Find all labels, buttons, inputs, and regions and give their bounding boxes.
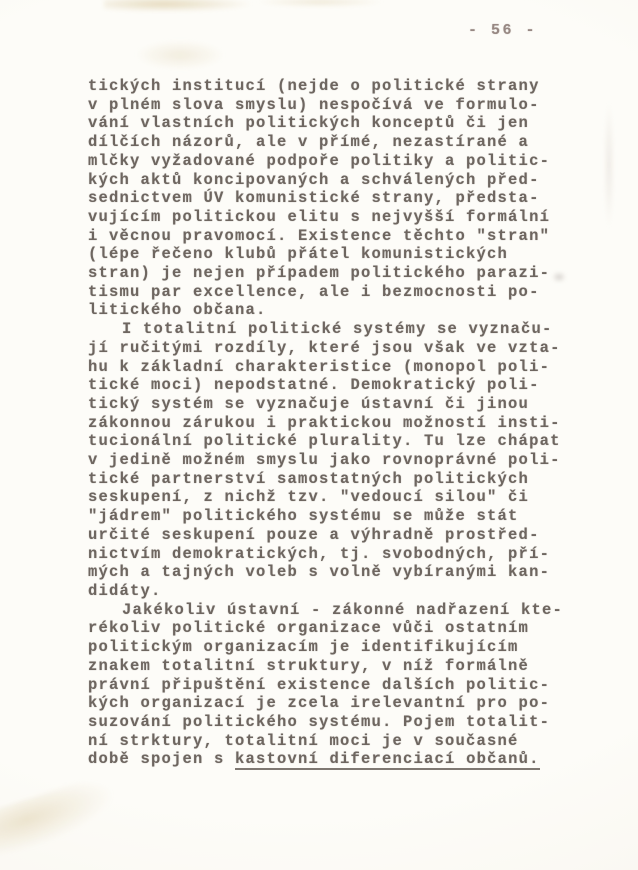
underlined-phrase: kastovní diferenciací občanů. (235, 750, 540, 770)
text-line: právní připuštění existence dalších poli… (88, 676, 608, 695)
text-line: době spojen s kastovní diferenciací obča… (88, 750, 608, 769)
text-line: jí ručitými rozdíly, které jsou však ve … (88, 339, 608, 358)
text-line: "jádrem" politického systému se může stá… (88, 507, 608, 526)
page-number: - 56 - (468, 22, 537, 39)
text-line: tický systém se vyznačuje ústavní či jin… (88, 395, 608, 414)
text-line: v jedině možném smyslu jako rovnoprávné … (88, 451, 608, 470)
text-line: didáty. (88, 582, 608, 601)
text-line: I totalitní politické systémy se vyznaču… (88, 320, 608, 339)
text-line: suzování politického systému. Pojem tota… (88, 713, 608, 732)
text-line: vání vlastních politických konceptů či j… (88, 114, 608, 133)
text-line: vujícím politickou elitu s nejvyšší form… (88, 208, 608, 227)
text-line: tucionální politické plurality. Tu lze c… (88, 432, 608, 451)
text-line: znakem totalitní struktury, v níž formál… (88, 657, 608, 676)
text-line: ní strktury, totalitní moci je v současn… (88, 732, 608, 751)
text-line: nictvím demokratických, tj. svobodných, … (88, 545, 608, 564)
text-line: tické moci) nepodstatné. Demokratický po… (88, 376, 608, 395)
text-line: mlčky vyžadované podpoře politiky a poli… (88, 152, 608, 171)
text-block: tických institucí (nejde o politické str… (88, 77, 608, 769)
text-line: litického občana. (88, 301, 608, 320)
paragraph-2: I totalitní politické systémy se vyznaču… (88, 320, 608, 601)
scan-smudge (255, 0, 385, 7)
text-line: tických institucí (nejde o politické str… (88, 77, 608, 96)
paragraph-1: tických institucí (nejde o politické str… (88, 77, 608, 320)
text-line: sednictvem ÚV komunistické strany, předs… (88, 189, 608, 208)
scanned-page: - 56 - tických institucí (nejde o politi… (0, 0, 638, 870)
text-line: rékoliv politické organizace vůči ostatn… (88, 619, 608, 638)
text-line: v plném slova smyslu) nespočívá ve formu… (88, 96, 608, 115)
text-line: stran) je nejen případem politického par… (88, 264, 608, 283)
text-line: Jakékoliv ústavní - zákonné nadřazení kt… (88, 601, 608, 620)
text-line: zákonnou zárukou i praktickou možností i… (88, 414, 608, 433)
text-line: kých organizací je zcela irelevantní pro… (88, 694, 608, 713)
text-line: tické partnerství samostatných politický… (88, 470, 608, 489)
text-line: hu k základní charakteristice (monopol p… (88, 358, 608, 377)
scan-smudge (135, 40, 225, 70)
text-line: (lépe řečeno klubů přátel komunistických (88, 245, 608, 264)
text-line: mých a tajných voleb s volně vybíranými … (88, 563, 608, 582)
text-line: tismu par excellence, ale i bezmocnosti … (88, 283, 608, 302)
text-line: určité seskupení pouze a výhradně prostř… (88, 526, 608, 545)
text-line: seskupení, z nichž tzv. "vedoucí silou" … (88, 488, 608, 507)
text-line: politickým organizacím je identifikující… (88, 638, 608, 657)
paragraph-3: Jakékoliv ústavní - zákonné nadřazení kt… (88, 601, 608, 769)
text-segment: době spojen s (88, 750, 235, 768)
scan-smudge (0, 773, 122, 859)
text-line: dílčích názorů, ale v přímé, nezastírané… (88, 133, 608, 152)
text-line: kých aktů koncipovaných a schválených př… (88, 171, 608, 190)
scan-smudge (104, 0, 254, 12)
text-line: i věcnou pravomocí. Existence těchto "st… (88, 227, 608, 246)
